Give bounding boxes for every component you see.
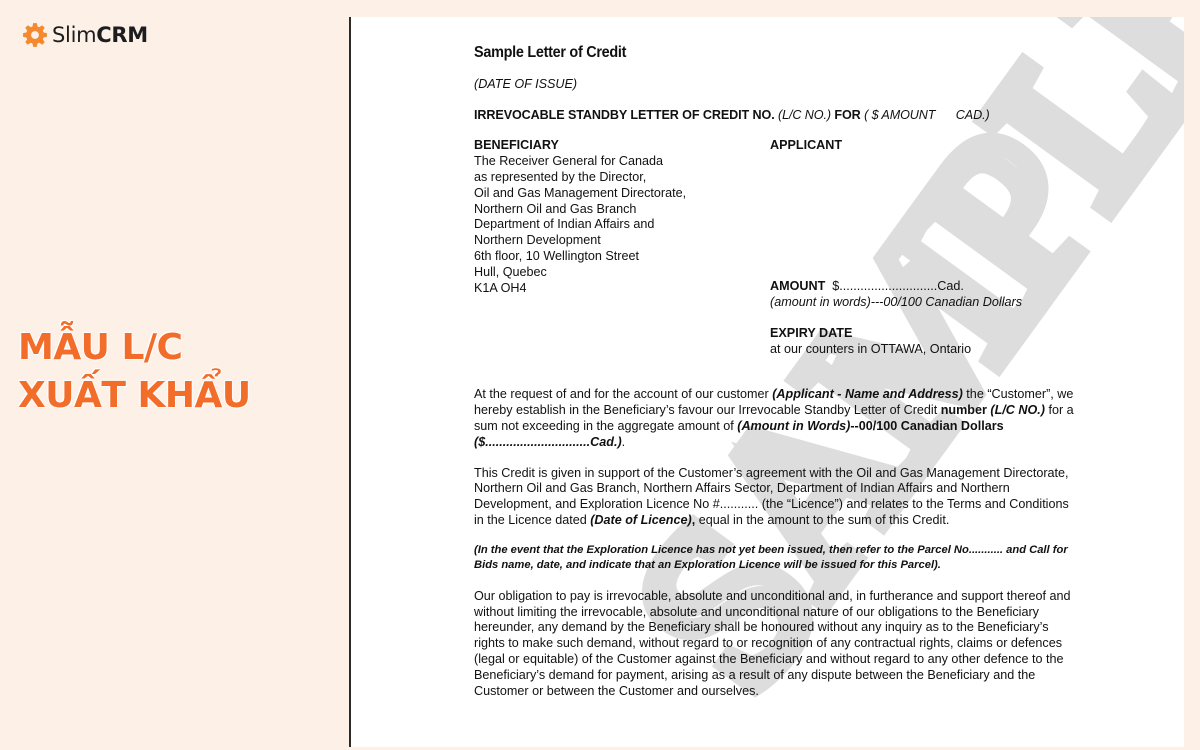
beneficiary-line: The Receiver General for Canada: [474, 154, 764, 170]
document-title: Sample Letter of Credit: [474, 45, 626, 61]
paragraph-exploration-note: (In the event that the Exploration Licen…: [474, 543, 1074, 574]
beneficiary-line: Hull, Quebec: [474, 265, 764, 281]
amount-in-words: (amount in words)---00/100 Canadian Doll…: [770, 295, 1022, 311]
amount-label: AMOUNT: [770, 279, 825, 293]
beneficiary-line: Northern Development: [474, 233, 764, 249]
letter-of-credit: Sample Letter of Credit (DATE OF ISSUE) …: [474, 45, 1074, 699]
amount-block: AMOUNT $............................Cad.…: [770, 279, 1022, 311]
expiry-value: at our counters in OTTAWA, Ontario: [770, 342, 971, 358]
parties-section: BENEFICIARY The Receiver General for Can…: [474, 138, 1074, 372]
credit-heading: IRREVOCABLE STANDBY LETTER OF CREDIT NO.…: [474, 108, 1074, 124]
document-page: SAMPLE Sample Letter of Credit (DATE OF …: [349, 17, 1184, 747]
date-of-issue: (DATE OF ISSUE): [474, 77, 1074, 93]
expiry-label: EXPIRY DATE: [770, 326, 971, 342]
hero-title-line-1: MẪU L/C: [18, 324, 251, 372]
beneficiary-line: as represented by the Director,: [474, 170, 764, 186]
applicant-block: APPLICANT AMOUNT $......................…: [770, 138, 1070, 154]
paragraph-request: At the request of and for the account of…: [474, 387, 1074, 450]
beneficiary-line: Northern Oil and Gas Branch: [474, 202, 764, 218]
beneficiary-line: Department of Indian Affairs and: [474, 217, 764, 233]
beneficiary-line: K1A OH4: [474, 281, 764, 297]
hero-title: MẪU L/C XUẤT KHẨU: [18, 324, 251, 420]
amount-value: $............................Cad.: [832, 279, 964, 293]
beneficiary-line: Oil and Gas Management Directorate,: [474, 186, 764, 202]
paragraph-obligation: Our obligation to pay is irrevocable, ab…: [474, 589, 1074, 700]
beneficiary-label: BENEFICIARY: [474, 138, 764, 154]
brand-name: SlimCRM: [52, 23, 148, 47]
gear-icon: [22, 22, 48, 48]
beneficiary-block: BENEFICIARY The Receiver General for Can…: [474, 138, 764, 296]
hero-title-line-2: XUẤT KHẨU: [18, 372, 251, 420]
brand-logo[interactable]: SlimCRM: [22, 22, 148, 48]
paragraph-support: This Credit is given in support of the C…: [474, 466, 1074, 529]
expiry-block: EXPIRY DATE at our counters in OTTAWA, O…: [770, 326, 971, 358]
beneficiary-line: 6th floor, 10 Wellington Street: [474, 249, 764, 265]
applicant-label: APPLICANT: [770, 138, 1070, 154]
